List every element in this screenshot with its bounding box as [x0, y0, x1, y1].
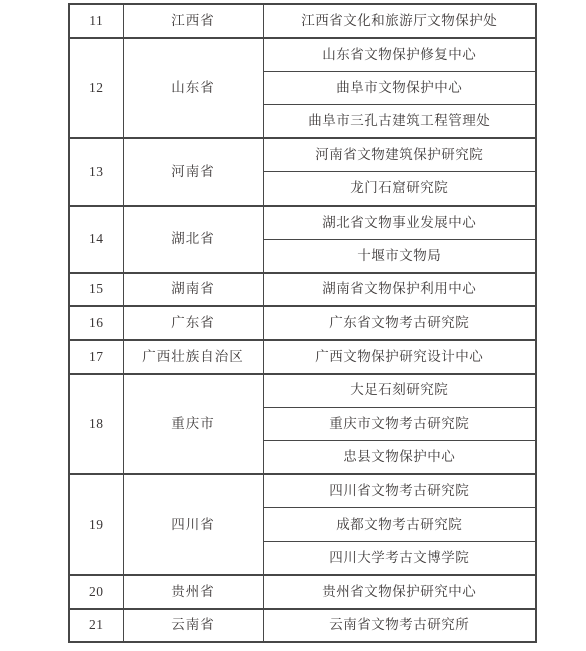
province-cell: 山东省 [123, 38, 263, 139]
province-cell: 贵州省 [123, 575, 263, 609]
row-number-cell: 20 [69, 575, 123, 609]
table-row-group: 20贵州省贵州省文物保护研究中心 [69, 575, 536, 609]
row-number-cell: 16 [69, 306, 123, 340]
table-row: 20贵州省贵州省文物保护研究中心 [69, 575, 536, 609]
row-number-cell: 12 [69, 38, 123, 139]
row-number-cell: 13 [69, 138, 123, 205]
table-row: 15湖南省湖南省文物保护利用中心 [69, 273, 536, 307]
province-cell: 广西壮族自治区 [123, 340, 263, 374]
organization-cell: 湖南省文物保护利用中心 [263, 273, 536, 307]
table-row: 18重庆市大足石刻研究院 [69, 374, 536, 408]
organization-cell: 云南省文物考古研究所 [263, 609, 536, 643]
table-row-group: 11江西省江西省文化和旅游厅文物保护处 [69, 4, 536, 38]
organization-cell: 忠县文物保护中心 [263, 441, 536, 475]
province-cell: 湖北省 [123, 206, 263, 273]
organization-cell: 四川大学考古文博学院 [263, 542, 536, 576]
organization-cell: 四川省文物考古研究院 [263, 474, 536, 508]
document-page: 11江西省江西省文化和旅游厅文物保护处12山东省山东省文物保护修复中心曲阜市文物… [0, 0, 586, 651]
province-cell: 云南省 [123, 609, 263, 643]
organizations-table: 11江西省江西省文化和旅游厅文物保护处12山东省山东省文物保护修复中心曲阜市文物… [68, 3, 537, 643]
organization-cell: 河南省文物建筑保护研究院 [263, 138, 536, 172]
table-row: 13河南省河南省文物建筑保护研究院 [69, 138, 536, 172]
table-row: 19四川省四川省文物考古研究院 [69, 474, 536, 508]
organization-cell: 江西省文化和旅游厅文物保护处 [263, 4, 536, 38]
organization-cell: 十堰市文物局 [263, 239, 536, 273]
row-number-cell: 19 [69, 474, 123, 575]
organization-cell: 广西文物保护研究设计中心 [263, 340, 536, 374]
table-row: 14湖北省湖北省文物事业发展中心 [69, 206, 536, 240]
table-row: 16广东省广东省文物考古研究院 [69, 306, 536, 340]
row-number-cell: 17 [69, 340, 123, 374]
organization-cell: 广东省文物考古研究院 [263, 306, 536, 340]
table-row: 21云南省云南省文物考古研究所 [69, 609, 536, 643]
row-number-cell: 11 [69, 4, 123, 38]
table-container: 11江西省江西省文化和旅游厅文物保护处12山东省山东省文物保护修复中心曲阜市文物… [68, 3, 535, 643]
row-number-cell: 14 [69, 206, 123, 273]
row-number-cell: 15 [69, 273, 123, 307]
province-cell: 重庆市 [123, 374, 263, 475]
organization-cell: 湖北省文物事业发展中心 [263, 206, 536, 240]
table-row-group: 15湖南省湖南省文物保护利用中心 [69, 273, 536, 307]
organization-cell: 贵州省文物保护研究中心 [263, 575, 536, 609]
table-row-group: 19四川省四川省文物考古研究院成都文物考古研究院四川大学考古文博学院 [69, 474, 536, 575]
organization-cell: 成都文物考古研究院 [263, 508, 536, 542]
table-row-group: 14湖北省湖北省文物事业发展中心十堰市文物局 [69, 206, 536, 273]
province-cell: 河南省 [123, 138, 263, 205]
table-row-group: 21云南省云南省文物考古研究所 [69, 609, 536, 643]
organization-cell: 山东省文物保护修复中心 [263, 38, 536, 72]
row-number-cell: 21 [69, 609, 123, 643]
table-row-group: 18重庆市大足石刻研究院重庆市文物考古研究院忠县文物保护中心 [69, 374, 536, 475]
table-row: 11江西省江西省文化和旅游厅文物保护处 [69, 4, 536, 38]
table-row: 17广西壮族自治区广西文物保护研究设计中心 [69, 340, 536, 374]
province-cell: 湖南省 [123, 273, 263, 307]
row-number-cell: 18 [69, 374, 123, 475]
table-row-group: 16广东省广东省文物考古研究院 [69, 306, 536, 340]
table-row-group: 17广西壮族自治区广西文物保护研究设计中心 [69, 340, 536, 374]
organization-cell: 曲阜市三孔古建筑工程管理处 [263, 105, 536, 139]
table-row-group: 13河南省河南省文物建筑保护研究院龙门石窟研究院 [69, 138, 536, 205]
organization-cell: 大足石刻研究院 [263, 374, 536, 408]
organization-cell: 重庆市文物考古研究院 [263, 407, 536, 441]
province-cell: 江西省 [123, 4, 263, 38]
table-row: 12山东省山东省文物保护修复中心 [69, 38, 536, 72]
table-row-group: 12山东省山东省文物保护修复中心曲阜市文物保护中心曲阜市三孔古建筑工程管理处 [69, 38, 536, 139]
organization-cell: 曲阜市文物保护中心 [263, 71, 536, 105]
province-cell: 四川省 [123, 474, 263, 575]
province-cell: 广东省 [123, 306, 263, 340]
organization-cell: 龙门石窟研究院 [263, 172, 536, 206]
